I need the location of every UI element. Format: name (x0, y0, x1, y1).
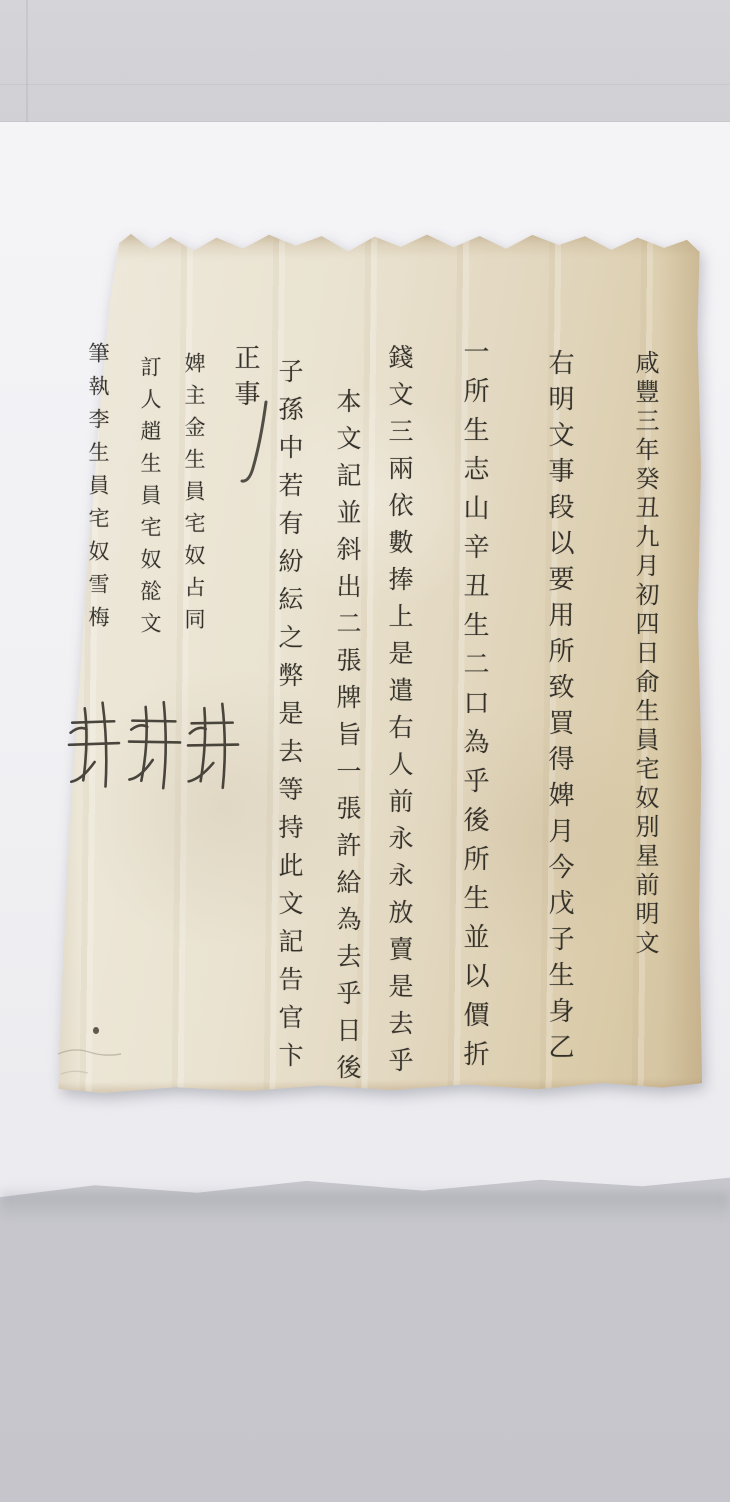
calligraphy-flourish-tail (236, 398, 278, 498)
signature-mark (123, 692, 183, 797)
wall-seam-horizontal (0, 84, 730, 85)
party-line-scribe: 筆執李生員宅奴雪梅 (83, 342, 113, 639)
signature-mark (181, 692, 241, 797)
party-line-witness: 訂人趙生員宅奴旕文 (135, 356, 165, 644)
text-column-5: 本文記並斜出二張牌旨一張許給為去乎日後 (329, 388, 365, 1091)
photo-of-manuscript: 咸豐三年癸丑九月初四日俞生員宅奴別星前明文 右明文事段以要用所致買得婢月今戊子生… (0, 0, 730, 1502)
wall-seam-vertical (26, 0, 28, 124)
text-column-4: 錢文三兩依數捧上是遣右人前永永放賣是去乎 (381, 344, 417, 1084)
background-wall (0, 0, 730, 124)
pencil-annotation (52, 1036, 136, 1092)
text-column-3: 一所生志山辛丑生二口為乎後所生並以價折 (456, 338, 493, 1079)
text-column-1-date-title: 咸豐三年癸丑九月初四日俞生員宅奴別星前明文 (628, 350, 663, 959)
ink-speck (93, 1027, 99, 1034)
party-line-slave-owner: 婢主金生員宅奴占同 (179, 352, 209, 640)
signature-mark (62, 691, 124, 797)
text-column-2: 右明文事段以要用所致買得婢月今戊子生身乙 (541, 349, 578, 1069)
backing-sheet-shadow (0, 1192, 730, 1222)
